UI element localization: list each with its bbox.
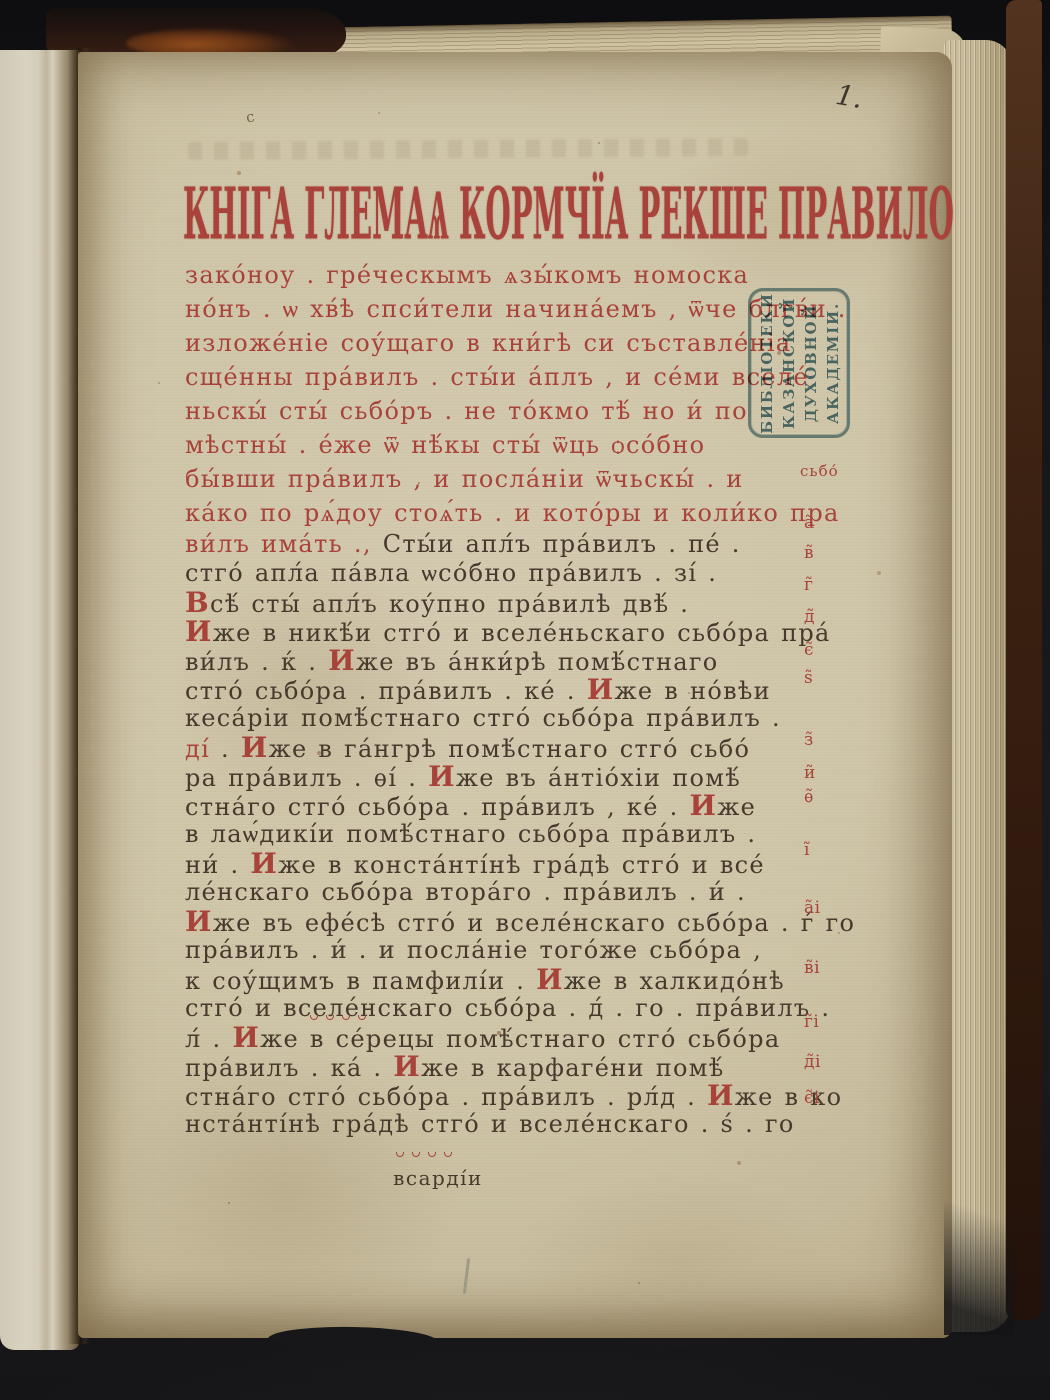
stamp-line: АКАДЕМІИ. [822,291,844,435]
page-stack-fore-edge [944,40,1012,1332]
margin-number: і̃ [804,840,810,860]
text-line: зако́ноу . гре́ческымъ ѧзы́комъ номоска [185,258,785,292]
marginal-correction: всарді́и [338,1166,538,1190]
rubric-initial: И [536,963,564,996]
text-segment: же в карфаге́ни помѣ́ [421,1054,725,1082]
photo-background: с 1. КНІГА ГЛЕМАѦ КОРМЧЇА РЕКШЕ ПРАВИЛО … [0,0,1050,1400]
margin-number: д̃і [804,1052,821,1072]
text-line: стна́го стго́ сьбо́ра . пра́вилъ . рл́д … [185,1081,785,1110]
text-line: пра́вилъ . и́ . и посла́ніе того́же сьбо… [185,936,785,965]
margin-number: ѕ̃ [804,668,813,688]
rubric-initial: И [393,1050,421,1083]
rubric-initial: И [185,905,213,938]
pencil-mark [463,1258,470,1294]
text-segment: ді́ [185,735,210,763]
margin-number: з̃ [804,730,814,750]
rubric-initial: И [689,789,717,822]
text-line: пра́вилъ . ка́ . Иже в карфаге́ни помѣ́ [185,1052,785,1081]
text-segment: стго́ сьбо́ра . пра́вилъ . ке́ . [185,677,587,705]
paper-stain [518,1172,838,1352]
text-segment: же в ко [735,1083,843,1111]
text-line: в лаѡ́дикі́и помѣ́стнаго сьбо́ра пра́вил… [185,820,785,849]
text-line: но́нъ . ѡ хв́ѣ спси́тели начина́емъ , ѿч… [185,292,785,326]
text-segment: же в се́рецы помѣ́стнаго стго́ сьбо́ра [260,1025,780,1053]
text-line: ка́ко по рѧ́доу стоѧ́ть . и кото́ры и ко… [185,496,785,530]
text-segment: нста́нті́нѣ гра́дѣ стго́ и вселе́нскаго … [185,1110,795,1138]
margin-number: а̃і [804,898,821,918]
correction-marks [396,1152,452,1157]
text-segment: же [717,793,756,821]
text-segment: ра пра́вилъ . ѳі́ . [185,764,428,792]
margin-number: д̃ [804,607,815,627]
text-line: кеса́ріи помѣ́стнаго стго́ сьбо́ра пра́в… [185,704,785,733]
text-segment: ни́ . [185,851,250,879]
rubric-initial: И [587,673,615,706]
text-line: сще́нны пра́вилъ . сты́и а́плъ , и се́ми… [185,360,785,394]
text-segment: ка́ко по рѧ́доу стоѧ́ть . и кото́ры и ко… [185,499,840,527]
text-segment: изложе́ніе соу́щаго в кни́гѣ си съставле… [185,329,791,357]
text-segment: пра́вилъ . и́ . и посла́ніе того́же сьбо… [185,936,762,964]
rubric-initial: И [328,644,356,677]
margin-number: г̃і [804,1012,819,1032]
text-line: стго́ и вселе́нскаго сьбо́ра . д́ . го .… [185,994,785,1023]
text-line: нста́нті́нѣ гра́дѣ стго́ и вселе́нскаго … [185,1110,785,1139]
text-segment: же в халкидо́нѣ [564,967,785,995]
margin-number: в̃і [804,958,820,978]
rubric-initial: И [428,760,456,793]
scribal-mark: с [244,107,256,126]
margin-number: в̃ [804,543,814,563]
rubric-initial: И [185,615,213,648]
leather-cover-edge [1006,0,1042,1320]
text-segment: ви́лъ има́ть ., [185,530,383,558]
text-line: ра пра́вилъ . ѳі́ . Иже въ а́нтіо́хіи по… [185,762,785,791]
text-segment: же въ ефе́сѣ стго́ и вселе́нскаго сьбо́р… [213,909,855,937]
text-line: л́ . Иже в се́рецы помѣ́стнаго стго́ сьб… [185,1023,785,1052]
folio-number: 1. [833,78,865,115]
margin-number: є̃і [804,1088,820,1108]
text-line: ви́лъ има́ть ., Сты́и апл́ъ пра́вилъ . п… [185,530,785,559]
title-vyaz: КНІГА ГЛЕМАѦ КОРМЧЇА РЕКШЕ ПРАВИЛО [183,172,954,258]
text-segment: ви́лъ . ќ . [185,648,328,676]
text-line: бы́вши пра́вилъ , и посла́ніи ѿчьскы́ . … [185,462,785,496]
text-segment: же в конста́нті́нѣ гра́дѣ стго́ и все́ [278,851,765,879]
rubric-initial: И [232,1021,260,1054]
margin-number: а̃ [804,513,815,533]
margin-number: и̃ [804,763,816,783]
text-line: стго́ сьбо́ра . пра́вилъ . ке́ . Иже в н… [185,675,785,704]
text-line: к соу́щимъ в памфилі́и . Иже в халкидо́н… [185,965,785,994]
book-spine-edge [46,8,346,58]
correction-marks [310,1015,366,1020]
text-line: ньскы́ сты́ сьбо́ръ . не то́кмо тѣ́ но и… [185,394,785,428]
text-segment: же в но́вѣи [614,677,770,705]
text-segment: стго́ апл́а па́вла ѡсо́бно пра́вилъ . зі… [185,559,717,587]
text-segment: бы́вши пра́вилъ , и посла́ніи ѿчьскы́ . … [185,465,744,493]
text-segment: же въ а́нки́рѣ помѣ́стнаго [356,648,719,676]
text-line: мѣстны́ . е́же ѿ нѣ́кы сты́ ѿць ѻсо́бно [185,428,785,462]
text-segment: кеса́ріи помѣ́стнаго стго́ сьбо́ра пра́в… [185,704,781,732]
manuscript-page: с 1. КНІГА ГЛЕМАѦ КОРМЧЇА РЕКШЕ ПРАВИЛО … [78,52,952,1338]
text-segment: Сты́и апл́ъ пра́вилъ . пе́ . [383,530,741,558]
text-segment: сще́нны пра́вилъ . сты́и а́плъ , и се́ми… [185,363,809,391]
text-segment: . [210,735,241,763]
margin-header: сьбо́ [800,462,839,480]
text-segment: ле́нскаго сьбо́ра втора́го . пра́вилъ . … [185,878,746,906]
margin-number: ѳ̃ [804,787,814,807]
text-line: ни́ . Иже в конста́нті́нѣ гра́дѣ стго́ и… [185,849,785,878]
margin-number: є̃ [804,640,814,660]
text-line: Иже въ ефе́сѣ стго́ и вселе́нскаго сьбо́… [185,907,785,936]
text-segment: л́ . [185,1025,232,1053]
ink-bleed-through [188,138,748,160]
text-line: стго́ апл́а па́вла ѡсо́бно пра́вилъ . зі… [185,559,785,588]
text-segment: стго́ и вселе́нскаго сьбо́ра . д́ . го .… [185,994,830,1022]
text-segment: стна́го стго́ сьбо́ра . пра́вилъ , ке́ . [185,793,689,821]
text-segment: сѣ́ сты́ апл́ъ коу́пно пра́вилѣ двѣ́ . [210,590,689,618]
rubric-initial: И [707,1079,735,1112]
text-line: ді́ . Иже в га́нгрѣ помѣ́стнаго стго́ сь… [185,733,785,762]
text-line: ле́нскаго сьбо́ра втора́го . пра́вилъ . … [185,878,785,907]
text-segment: к соу́щимъ в памфилі́и . [185,967,536,995]
library-stamp: БИБЛІОТЕКИКАЗАНСКОЙДУХОВНОЙАКАДЕМІИ. [748,288,850,438]
rubric-initial: И [250,847,278,880]
text-line: ви́лъ . ќ . Иже въ а́нки́рѣ помѣ́стнаго [185,646,785,675]
text-block: зако́ноу . гре́ческымъ ѧзы́комъ номоскан… [185,258,785,1139]
stamp-line: КАЗАНСКОЙ [778,291,800,435]
text-line: Иже в никѣ́и стго́ и вселе́ньскаго сьбо́… [185,617,785,646]
stamp-line: ДУХОВНОЙ [800,291,822,435]
foxing-speckles [78,52,80,54]
margin-number: г̃ [804,575,813,595]
stamp-line: БИБЛІОТЕКИ [756,291,778,435]
text-segment: в лаѡ́дикі́и помѣ́стнаго сьбо́ра пра́вил… [185,820,756,848]
text-segment: зако́ноу . гре́ческымъ ѧзы́комъ номоска [185,261,749,289]
text-line: стна́го стго́ сьбо́ра . пра́вилъ , ке́ .… [185,791,785,820]
text-segment: мѣстны́ . е́же ѿ нѣ́кы сты́ ѿць ѻсо́бно [185,431,705,459]
text-segment: пра́вилъ . ка́ . [185,1054,393,1082]
text-line: изложе́ніе соу́щаго в кни́гѣ си съставле… [185,326,785,360]
text-segment: же въ а́нтіо́хіи помѣ́ [456,764,741,792]
text-segment: стна́го стго́ сьбо́ра . пра́вилъ . рл́д … [185,1083,707,1111]
text-segment: же в никѣ́и стго́ и вселе́ньскаго сьбо́р… [213,619,831,647]
text-segment: же в га́нгрѣ помѣ́стнаго стго́ сьбо́ [269,735,751,763]
text-segment: ньскы́ сты́ сьбо́ръ . не то́кмо тѣ́ но и… [185,397,748,425]
text-line: Всѣ́ сты́ апл́ъ коу́пно пра́вилѣ двѣ́ . [185,588,785,617]
rubric-initial: И [241,731,269,764]
corner-shadow [944,1150,1014,1335]
